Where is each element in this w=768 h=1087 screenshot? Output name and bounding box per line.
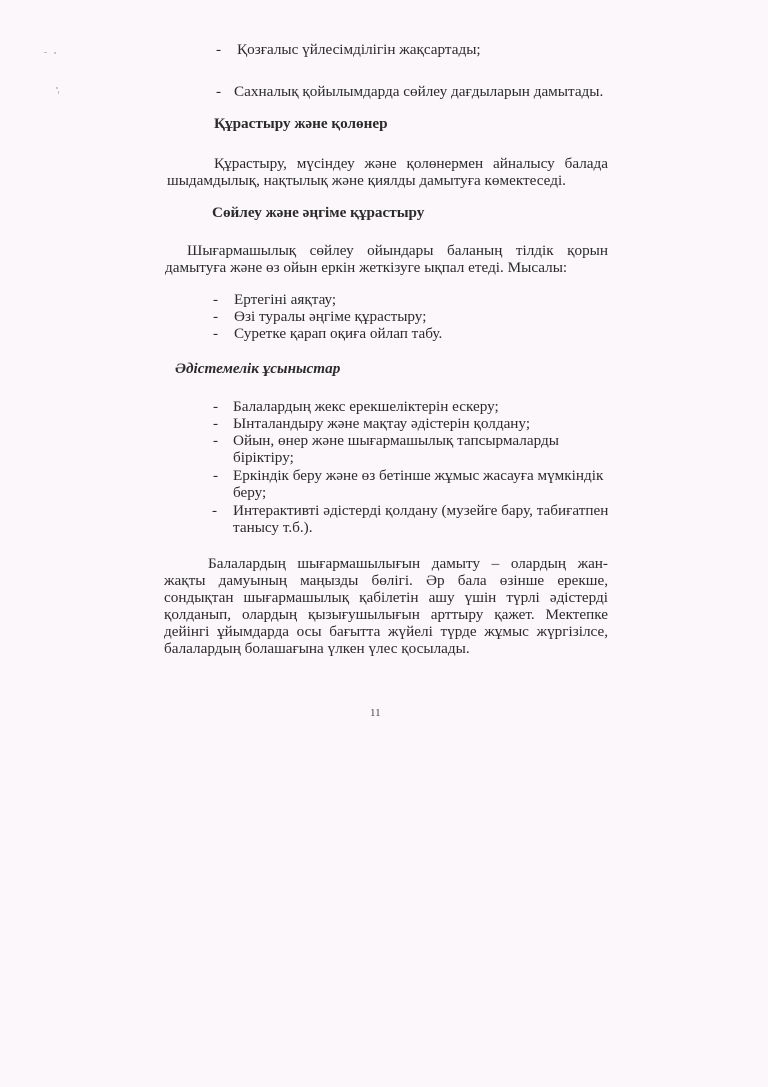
methods-bullet-continuation: беру; bbox=[233, 485, 266, 501]
conclusion-line: балалардың болашағына үлкен үлес қосылад… bbox=[164, 641, 470, 657]
conclusion-line: сондықтан шығармашылық қабілетін ашу үші… bbox=[164, 590, 608, 606]
scan-speck bbox=[44, 52, 47, 53]
conclusion-line: Балалардың шығармашылығын дамыту – олард… bbox=[208, 556, 608, 572]
speech-paragraph-line: дамытуға және өз ойын еркін жеткізуге ық… bbox=[165, 260, 567, 276]
conclusion-line: дейінгі ұйымдарда осы бағытта жүйелі түр… bbox=[164, 624, 608, 640]
speech-bullet: Өзі туралы әңгіме құрастыру; bbox=[234, 309, 426, 325]
crafts-paragraph-line: шыдамдылық, нақтылық және қиялды дамытуғ… bbox=[167, 173, 566, 189]
conclusion-line: қолданып, олардың қызығушылығын арттыру … bbox=[164, 607, 608, 623]
scan-speck bbox=[54, 52, 56, 54]
bullet-marker: - bbox=[213, 292, 218, 308]
methods-bullet: Еркіндік беру және өз бетінше жұмыс жаса… bbox=[233, 468, 603, 484]
bullet-marker: - bbox=[213, 309, 218, 325]
bullet-marker: - bbox=[213, 468, 218, 484]
section-heading-methods: Әдістемелік ұсыныстар bbox=[175, 361, 340, 377]
scan-speck bbox=[56, 87, 58, 89]
methods-bullet-continuation: біріктіру; bbox=[233, 450, 294, 466]
section-heading-crafts: Құрастыру және қолөнер bbox=[214, 116, 388, 132]
speech-paragraph-line: Шығармашылық сөйлеу ойындары баланың тіл… bbox=[187, 243, 608, 259]
methods-bullet: Ойын, өнер және шығармашылық тапсырмалар… bbox=[233, 433, 559, 449]
methods-bullet: Ынталандыру және мақтау әдістерін қолдан… bbox=[233, 416, 530, 432]
page-number: 11 bbox=[370, 707, 381, 719]
scan-speck bbox=[58, 91, 59, 94]
section-heading-speech: Сөйлеу және әңгіме құрастыру bbox=[212, 205, 424, 221]
bullet-marker: - bbox=[212, 503, 217, 519]
intro-bullet: Сахналық қойылымдарда сөйлеу дағдыларын … bbox=[234, 84, 603, 100]
conclusion-line: жақты дамуының маңызды бөлігі. Әр бала ө… bbox=[164, 573, 608, 589]
methods-bullet: Балалардың жекс ерекшеліктерін ескеру; bbox=[233, 399, 499, 415]
crafts-paragraph-line: Құрастыру, мүсіндеу және қолөнермен айна… bbox=[214, 156, 608, 172]
speech-bullet: Суретке қарап оқиға ойлап табу. bbox=[234, 326, 442, 342]
methods-bullet-continuation: танысу т.б.). bbox=[233, 520, 313, 536]
bullet-marker: - bbox=[213, 416, 218, 432]
bullet-marker: - bbox=[213, 399, 218, 415]
intro-bullet: Қозғалыс үйлесімділігін жақсартады; bbox=[237, 42, 481, 58]
bullet-marker: - bbox=[213, 326, 218, 342]
document-page: - Қозғалыс үйлесімділігін жақсартады; - … bbox=[0, 0, 768, 1087]
bullet-marker: - bbox=[216, 42, 221, 58]
speech-bullet: Ертегіні аяқтау; bbox=[234, 292, 336, 308]
bullet-marker: - bbox=[213, 433, 218, 449]
methods-bullet: Интерактивті әдістерді қолдану (музейге … bbox=[233, 503, 608, 519]
bullet-marker: - bbox=[216, 84, 221, 100]
